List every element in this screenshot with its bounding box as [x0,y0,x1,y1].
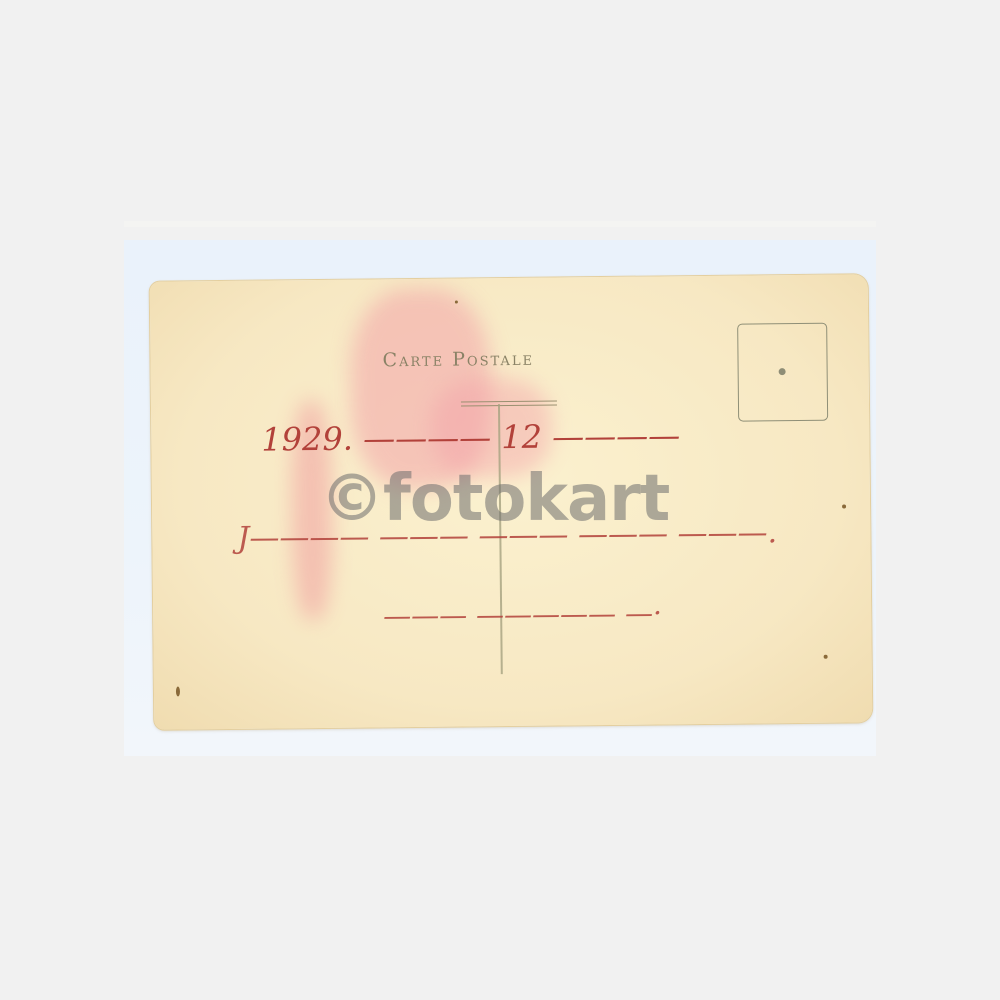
speck [842,504,846,508]
stamp-dot-icon [779,368,786,375]
title-rule [461,401,557,407]
stamp-box [737,323,828,422]
speck [176,686,180,696]
handwriting-line-3: ——— ————— —· [383,596,662,632]
postcard-title: Carte Postale [382,348,534,372]
speck [455,301,458,304]
handwriting-line-1: 1929. ———— 12 ———— [261,416,680,458]
scan-top-strip [124,221,876,227]
watermark: ©fotokart [320,462,669,536]
speck [824,655,828,659]
